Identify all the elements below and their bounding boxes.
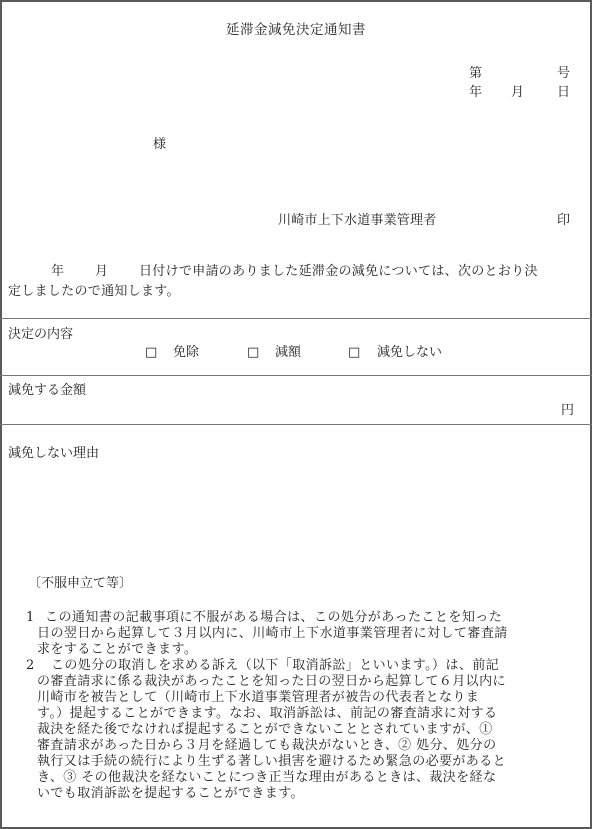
appeal-heading: 〔不服申立て等〕 — [28, 576, 132, 592]
date-year: 年 — [469, 85, 482, 101]
checkbox-reduction[interactable]: □ — [247, 345, 259, 361]
divider-amount — [0, 375, 592, 376]
intro-text-line1: 日付けで申請のありました延滞金の減免については、次のとおり決 — [139, 264, 538, 280]
decision-label: 決定の内容 — [8, 327, 73, 343]
appeal-item-2-line: いでも取消訴訟を提起することができます。 — [37, 786, 304, 802]
seal-mark: 印 — [557, 213, 570, 229]
checkbox-no-reduction[interactable]: □ — [348, 345, 360, 361]
appeal-item-2-line: 川崎市を被告として（川崎市上下水道事業管理者が被告の代表者となりま — [37, 690, 479, 706]
amount-label: 減免する金額 — [8, 383, 86, 399]
option-label-exemption: 免除 — [173, 345, 199, 361]
appeal-item-2-line: す。）提起することができます。なお、取消訴訟は、前記の審査請求に対する — [37, 706, 497, 722]
appeal-item-2-line: 裁決を経た後でなければ提起することができないこととされていますが、① — [37, 722, 493, 738]
amount-unit: 円 — [561, 403, 574, 419]
option-label-no-reduction: 減免しない — [377, 345, 442, 361]
appeal-item-2-line: この処分の取消しを求める訴え（以下「取消訴訟」といいます。）は、前記 — [51, 658, 499, 674]
option-label-reduction: 減額 — [275, 345, 301, 361]
date-month: 月 — [511, 85, 524, 101]
addressee-suffix: 様 — [153, 137, 166, 153]
checkbox-exemption[interactable]: □ — [145, 345, 157, 361]
reason-label: 減免しない理由 — [8, 446, 99, 462]
intro-year: 年 — [51, 264, 64, 280]
appeal-item-1-line: 求をすることができます。 — [37, 642, 197, 658]
issuer-name: 川崎市上下水道事業管理者 — [278, 213, 436, 229]
divider-reason — [0, 424, 592, 425]
appeal-item-1-line: この通知書の記載事項に不服がある場合は、この処分があったことを知った — [45, 610, 502, 626]
number-prefix: 第 — [469, 66, 482, 82]
appeal-item-2-number: 2 — [26, 658, 34, 674]
intro-text-line2: 定しましたので通知します。 — [8, 284, 180, 300]
intro-month: 月 — [95, 264, 108, 280]
divider-decision — [0, 318, 592, 319]
appeal-item-2-line: 審査請求があった日から３月を経過しても裁決がないとき、② 処分、処分の — [37, 738, 496, 754]
date-day: 日 — [557, 85, 570, 101]
appeal-item-2-line: 執行又は手続の続行により生ずる著しい損害を避けるため緊急の必要があると — [37, 754, 506, 770]
appeal-item-1-line: 日の翌日から起算して３月以内に、川崎市上下水道事業管理者に対して審査請 — [37, 626, 508, 642]
number-suffix: 号 — [557, 66, 570, 82]
document-title: 延滞金減免決定通知書 — [0, 22, 592, 38]
appeal-item-2-line: き、③ その他裁決を経ないことにつき正当な理由があるときは、裁決を経な — [37, 770, 496, 786]
appeal-item-2-line: の審査請求に係る裁決があったことを知った日の翌日から起算して６月以内に — [37, 674, 506, 690]
appeal-item-1-number: 1 — [26, 610, 34, 626]
